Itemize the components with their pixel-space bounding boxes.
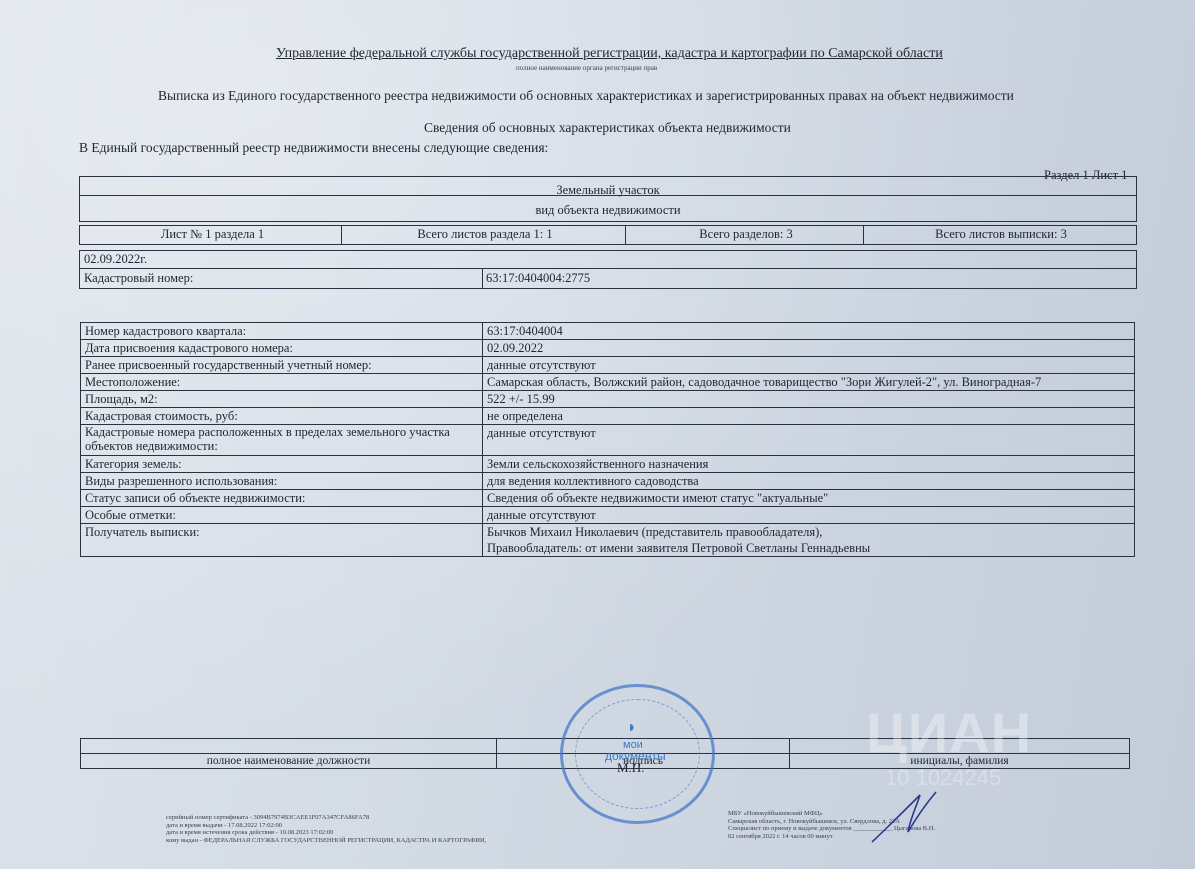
object-type-caption: вид объекта недвижимости xyxy=(535,203,680,218)
property-row: Категория земель:Земли сельскохозяйствен… xyxy=(81,456,1135,473)
property-row: Получатель выписки:Бычков Михаил Николае… xyxy=(81,524,1135,557)
property-label: Местоположение: xyxy=(81,374,483,391)
organization-caption: полное наименование органа регистрации п… xyxy=(516,64,657,72)
seal-mark: М.П. xyxy=(617,760,644,776)
total-sheets-extract: Всего листов выписки: 3 xyxy=(863,226,1135,243)
property-value: Земли сельскохозяйственного назначения xyxy=(483,456,1135,473)
intro-text: В Единый государственный реестр недвижим… xyxy=(79,140,548,156)
property-value: 522 +/- 15.99 xyxy=(483,391,1135,408)
property-value: Самарская область, Волжский район, садов… xyxy=(483,374,1135,391)
document-title: Выписка из Единого государственного реес… xyxy=(158,88,1014,104)
sheet-number: Лист № 1 раздела 1 xyxy=(80,226,341,243)
property-row: Особые отметки:данные отсутствуют xyxy=(81,507,1135,524)
property-value: данные отсутствуют xyxy=(483,357,1135,374)
sheet-info-row: Лист № 1 раздела 1 Всего листов раздела … xyxy=(79,225,1137,245)
property-value: Сведения об объекте недвижимости имеют с… xyxy=(483,490,1135,507)
property-row: Местоположение:Самарская область, Волжск… xyxy=(81,374,1135,391)
property-label: Особые отметки: xyxy=(81,507,483,524)
cadastral-number-label: Кадастровый номер: xyxy=(80,269,193,287)
date-row: 02.09.2022г. xyxy=(79,250,1137,269)
cadastral-number-value: 63:17:0404004:2775 xyxy=(482,269,590,287)
handwritten-signature-icon xyxy=(870,790,940,845)
total-sheets-section: Всего листов раздела 1: 1 xyxy=(341,226,625,243)
certificate-info: серийный номер сертификата - 3094B7974B3… xyxy=(166,814,486,844)
watermark-id: 10 1024245 xyxy=(885,765,1001,791)
property-value: 63:17:0404004 xyxy=(483,323,1135,340)
property-label: Площадь, м2: xyxy=(81,391,483,408)
property-value: данные отсутствуют xyxy=(483,507,1135,524)
object-type: Земельный участок xyxy=(79,176,1137,196)
property-row: Кадастровая стоимость, руб:не определена xyxy=(81,408,1135,425)
property-label: Ранее присвоенный государственный учетны… xyxy=(81,357,483,374)
property-value: 02.09.2022 xyxy=(483,340,1135,357)
property-row: Дата присвоения кадастрового номера:02.0… xyxy=(81,340,1135,357)
property-row: Ранее присвоенный государственный учетны… xyxy=(81,357,1135,374)
property-row: Статус записи об объекте недвижимости:Св… xyxy=(81,490,1135,507)
property-label: Категория земель: xyxy=(81,456,483,473)
mfc-logo-icon: ◗ xyxy=(627,719,637,737)
object-type-caption-row: вид объекта недвижимости xyxy=(79,195,1137,222)
property-label: Кадастровая стоимость, руб: xyxy=(81,408,483,425)
property-row: Виды разрешенного использования:для веде… xyxy=(81,473,1135,490)
document-page: Управление федеральной службы государств… xyxy=(0,0,1195,869)
property-value: для ведения коллективного садоводства xyxy=(483,473,1135,490)
property-label: Виды разрешенного использования: xyxy=(81,473,483,490)
cadastral-number-row: Кадастровый номер: 63:17:0404004:2775 xyxy=(79,268,1137,289)
total-sections: Всего разделов: 3 xyxy=(625,226,863,243)
official-stamp: ◗ мои документы xyxy=(560,684,715,824)
property-value: Бычков Михаил Николаевич (представитель … xyxy=(483,524,1135,557)
property-value: не определена xyxy=(483,408,1135,425)
property-label: Статус записи об объекте недвижимости: xyxy=(81,490,483,507)
property-label: Получатель выписки: xyxy=(81,524,483,557)
watermark-brand: ЦИАН xyxy=(866,700,1032,765)
property-row: Номер кадастрового квартала:63:17:040400… xyxy=(81,323,1135,340)
property-value: данные отсутствуют xyxy=(483,425,1135,456)
property-label: Кадастровые номера расположенных в преде… xyxy=(81,425,483,456)
property-label: Номер кадастрового квартала: xyxy=(81,323,483,340)
position-cell xyxy=(81,739,497,754)
organization-name: Управление федеральной службы государств… xyxy=(276,46,943,62)
property-row: Кадастровые номера расположенных в преде… xyxy=(81,425,1135,456)
section-title: Сведения об основных характеристиках объ… xyxy=(424,120,791,136)
property-label: Дата присвоения кадастрового номера: xyxy=(81,340,483,357)
properties-table: Номер кадастрового квартала:63:17:040400… xyxy=(80,322,1135,557)
extract-date: 02.09.2022г. xyxy=(80,251,147,267)
property-row: Площадь, м2:522 +/- 15.99 xyxy=(81,391,1135,408)
position-caption: полное наименование должности xyxy=(81,754,497,769)
